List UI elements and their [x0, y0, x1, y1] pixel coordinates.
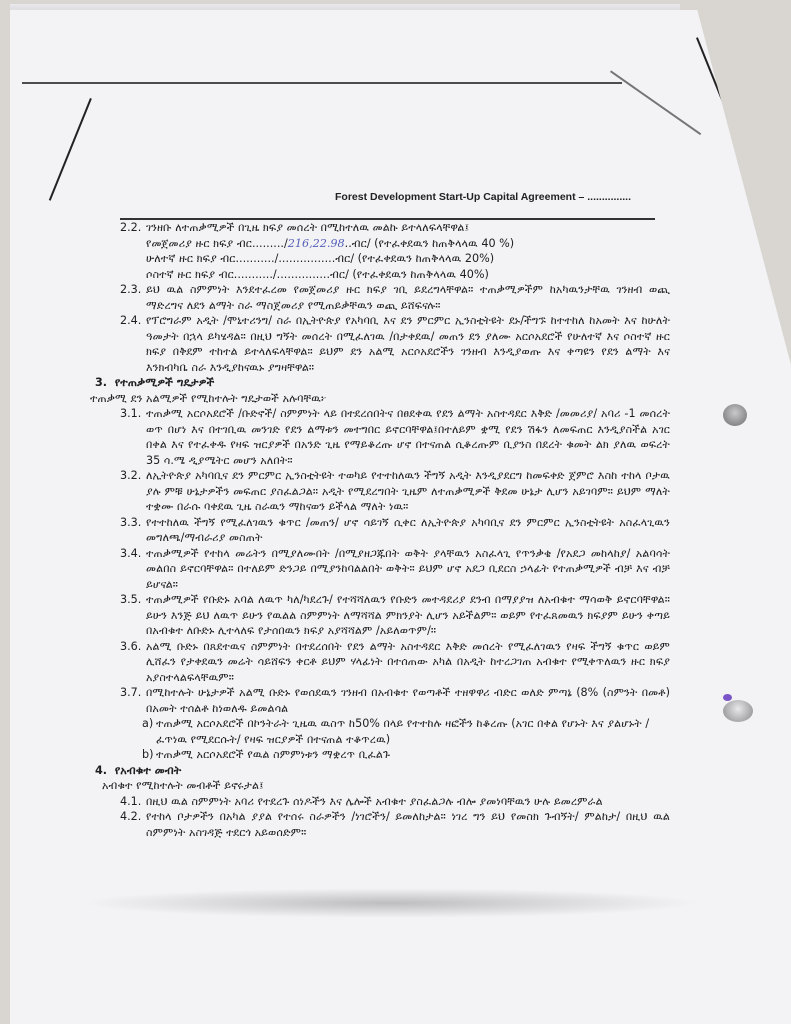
section-3-heading: 3. የተጠቃሚዎች ግዴታዎች: [90, 375, 670, 391]
item-text: ተጠቃሚ አርሶአደሮች የዉል ስምምነቱን ማቋረጥ ቢፈልጉ: [156, 748, 390, 761]
clause-3-5: 3.5. ተጠቃሚዎች የቡድኑ አባል ለዉጥ ካለ/ካደረጉ/ የተሻሻለዉ…: [90, 592, 670, 639]
payment-label: ሁለተኛ ዙር ክፍያ ብር.........../: [146, 252, 278, 265]
section-number: 4.: [95, 764, 107, 777]
clause-text: ይህ ዉል ስምምነት እንደተፈረመ የመጀመሪያ ዙር ክፍያ ገቢ ይደረ…: [120, 282, 670, 313]
payment-suffix: ................ብር/ (የተፈቀደዉን ከጠቅላላዉ 20%): [278, 252, 494, 265]
payment-label: ሶስተኛ ዙር ክፍያ ብር.........../: [146, 268, 277, 281]
handwritten-amount: 216,22.98: [288, 237, 345, 250]
clause-4-2: 4.2. የተከላ ቦታዎችን በአካል ያያል የተሰሩ ስራዎችን /ነገሮ…: [90, 809, 670, 840]
punch-hole: [723, 700, 753, 722]
clause-text: ገንዘቡ ለተጠቃሚዎች በጊዜ ክፍያ መሰረት በሚከተለዉ መልኩ ይተላ…: [120, 220, 670, 236]
clause-2-2: 2.2. ገንዘቡ ለተጠቃሚዎች በጊዜ ክፍያ መሰረት በሚከተለዉ መል…: [90, 220, 670, 236]
clause-text: ለኢትዮጵያ አካባቢና ደን ምርምር ኢንስቲትዩት ተወካይ የተተከለዉ…: [120, 468, 670, 515]
clause-number: 3.1.: [120, 406, 141, 422]
clause-text: አልሚ ቡድኑ በጸደተዉና ስምምነት በተደረሰበት የደን ልማት አስተ…: [120, 639, 670, 686]
clause-number: 2.2.: [120, 220, 141, 236]
clause-text: ተጠቃሚ አርሶአደሮች /ቡድኖች/ ስምምነት ላይ በተደረሰበትና በፀ…: [120, 406, 670, 468]
section-4-heading: 4. የአብቁተ መብት: [90, 763, 670, 779]
clause-text: ተጠቃሚዎች የቡድኑ አባል ለዉጥ ካለ/ካደረጉ/ የተሻሻለዉን የቡድ…: [120, 592, 670, 639]
clause-number: 3.7.: [120, 685, 141, 701]
item-label: b): [142, 747, 153, 763]
clause-3-1: 3.1. ተጠቃሚ አርሶአደሮች /ቡድኖች/ ስምምነት ላይ በተደረሰበ…: [90, 406, 670, 468]
payment-line-2: ሁለተኛ ዙር ክፍያ ብር.........../..............…: [90, 251, 670, 267]
clause-2-4: 2.4. የፕሮግራም አዲት /ሞኒተሪንግ/ ስራ በኢትዮጵያ የአካባቢ…: [90, 313, 670, 375]
item-text: ተጠቃሚ አርሶአደሮች በኮንትራት ጊዜዉ ዉስጥ ከ50% በላይ የተተ…: [156, 717, 649, 746]
clause-3-6: 3.6. አልሚ ቡድኑ በጸደተዉና ስምምነት በተደረሰበት የደን ልማ…: [90, 639, 670, 686]
clause-text: የተከላ ቦታዎችን በአካል ያያል የተሰሩ ስራዎችን /ነገሮችን/ ይ…: [120, 809, 670, 840]
clause-number: 3.5.: [120, 592, 141, 608]
clause-number: 2.3.: [120, 282, 141, 298]
clause-3-7-item-a: a) ተጠቃሚ አርሶአደሮች በኮንትራት ጊዜዉ ዉስጥ ከ50% በላይ …: [90, 716, 670, 747]
clause-number: 3.2.: [120, 468, 141, 484]
copy-artifact-line: [22, 82, 622, 84]
clause-number: 3.3.: [120, 515, 141, 531]
payment-label: የመጀመሪያ ዙር ክፍያ ብር........./: [146, 237, 288, 250]
clause-number: 2.4.: [120, 313, 141, 329]
clause-text: የተተከለዉ ችግኝ የሚፈለገዉን ቁጥር /መጠን/ ሆኖ ሳይገኝ ሲቀር…: [120, 515, 670, 546]
payment-suffix: ...............ብር/ (የተፈቀደዉን ከጠቅላላዉ 40%): [277, 268, 489, 281]
clause-number: 4.1.: [120, 794, 141, 810]
clause-3-3: 3.3. የተተከለዉ ችግኝ የሚፈለገዉን ቁጥር /መጠን/ ሆኖ ሳይገ…: [90, 515, 670, 546]
clause-text: በሚከተሉት ሁኔታዎች አልሚ ቡድኑ የወሰደዉን ገንዘብ በአብቁተ የ…: [120, 685, 670, 716]
section-title: የተጠቃሚዎች ግዴታዎች: [115, 376, 215, 389]
clause-3-4: 3.4. ተጠቃሚዎች የተከላ መሬትን በሚያለሙበት /በሚያዘጋጁበት …: [90, 546, 670, 593]
clause-3-2: 3.2. ለኢትዮጵያ አካባቢና ደን ምርምር ኢንስቲትዩት ተወካይ የ…: [90, 468, 670, 515]
clause-text: ተጠቃሚዎች የተከላ መሬትን በሚያለሙበት /በሚያዘጋጁበት ወቅት ያ…: [120, 546, 670, 593]
copy-artifact-line: [610, 70, 701, 135]
item-label: a): [142, 716, 153, 732]
section-4-intro: አብቁተ የሚከተሉት መብቶች ይኖሩታል፤: [90, 778, 670, 794]
copy-artifact-line: [696, 37, 765, 205]
clause-3-7-item-b: b) ተጠቃሚ አርሶአደሮች የዉል ስምምነቱን ማቋረጥ ቢፈልጉ: [90, 747, 670, 763]
section-3-intro: ተጠቃሚ ደን አልሚዎች የሚከተሉት ግዴታወች አሉባቸዉ፦: [90, 391, 670, 407]
payment-suffix: ..ብር/ (የተፈቀደዉን ከጠቅላላዉ 40 %): [345, 237, 515, 250]
clause-number: 3.4.: [120, 546, 141, 562]
clause-number: 4.2.: [120, 809, 141, 825]
punch-hole: [723, 404, 747, 426]
document-body: 2.2. ገንዘቡ ለተጠቃሚዎች በጊዜ ክፍያ መሰረት በሚከተለዉ መል…: [90, 220, 670, 840]
payment-line-1: የመጀመሪያ ዙር ክፍያ ብር........./216,22.98..ብር/…: [90, 236, 670, 252]
payment-line-3: ሶስተኛ ዙር ክፍያ ብር.........../..............…: [90, 267, 670, 283]
clause-text: የፕሮግራም አዲት /ሞኒተሪንግ/ ስራ በኢትዮጵያ የአካባቢ እና ደ…: [120, 313, 670, 375]
clause-2-3: 2.3. ይህ ዉል ስምምነት እንደተፈረመ የመጀመሪያ ዙር ክፍያ ገ…: [90, 282, 670, 313]
section-title: የአብቁተ መብት: [115, 764, 182, 777]
clause-4-1: 4.1. በዚህ ዉል ስምምነት አባሪ የተደረጉ ሰነዶችን እና ሌሎች…: [90, 794, 670, 810]
document-header: Forest Development Start-Up Capital Agre…: [335, 191, 631, 203]
copy-artifact-line: [49, 98, 92, 201]
clause-3-7: 3.7. በሚከተሉት ሁኔታዎች አልሚ ቡድኑ የወሰደዉን ገንዘብ በአ…: [90, 685, 670, 716]
clause-text: በዚህ ዉል ስምምነት አባሪ የተደረጉ ሰነዶችን እና ሌሎች አብቁተ…: [120, 794, 670, 810]
clause-number: 3.6.: [120, 639, 141, 655]
ink-mark: [723, 694, 732, 701]
section-number: 3.: [95, 376, 107, 389]
